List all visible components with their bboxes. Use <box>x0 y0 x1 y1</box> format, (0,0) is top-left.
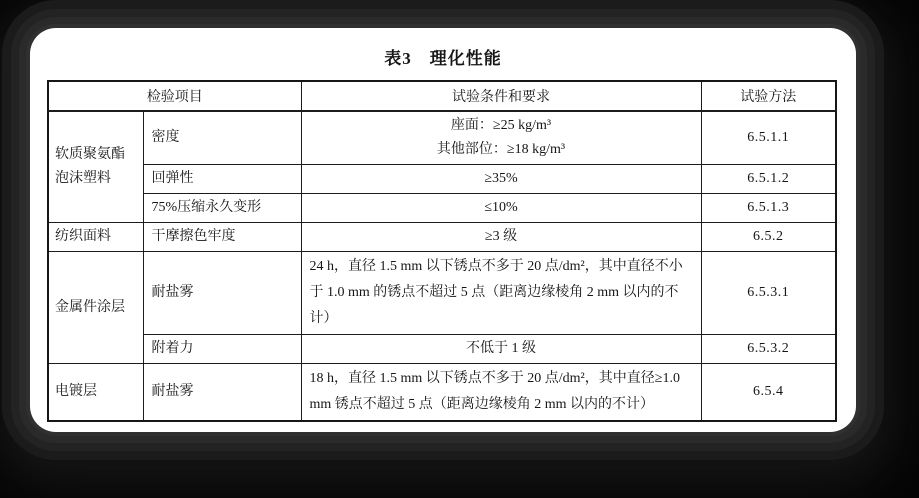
spec-table: 检验项目 试验条件和要求 试验方法 软质聚氨酯泡沫塑料密度座面：≥25 kg/m… <box>47 80 837 422</box>
document-panel: 表3 理化性能 检验项目 试验条件和要求 试验方法 软质聚氨酯泡沫塑料密度座面：… <box>30 28 856 432</box>
requirement-cell: 座面：≥25 kg/m³其他部位：≥18 kg/m³ <box>301 111 701 165</box>
inspection-item-cell: 附着力 <box>143 335 301 364</box>
table-row: 附着力不低于 1 级6.5.3.2 <box>48 335 836 364</box>
material-cell: 软质聚氨酯泡沫塑料 <box>48 111 143 223</box>
table-title: 表3 理化性能 <box>30 44 856 69</box>
requirement-line: 座面：≥25 kg/m³ <box>310 114 693 138</box>
header-test-method: 试验方法 <box>701 81 836 111</box>
requirement-cell: 不低于 1 级 <box>301 335 701 364</box>
table-row: 电镀层耐盐雾18 h，直径 1.5 mm 以下锈点不多于 20 点/dm²，其中… <box>48 364 836 422</box>
requirement-line: ≥35% <box>310 167 693 191</box>
requirement-cell: 18 h，直径 1.5 mm 以下锈点不多于 20 点/dm²，其中直径≥1.0… <box>301 364 701 422</box>
requirement-line: 其他部位：≥18 kg/m³ <box>310 138 693 162</box>
inspection-item-cell: 75%压缩永久变形 <box>143 194 301 223</box>
material-cell: 纺织面料 <box>48 223 143 252</box>
inspection-item-cell: 密度 <box>143 111 301 165</box>
page-background: 表3 理化性能 检验项目 试验条件和要求 试验方法 软质聚氨酯泡沫塑料密度座面：… <box>0 0 919 498</box>
header-test-conditions: 试验条件和要求 <box>301 81 701 111</box>
inspection-item-cell: 干摩擦色牢度 <box>143 223 301 252</box>
header-row: 检验项目 试验条件和要求 试验方法 <box>48 81 836 111</box>
requirement-cell: 24 h，直径 1.5 mm 以下锈点不多于 20 点/dm²，其中直径不小于 … <box>301 252 701 335</box>
table-row: 回弹性≥35%6.5.1.2 <box>48 165 836 194</box>
test-method-cell: 6.5.1.2 <box>701 165 836 194</box>
test-method-cell: 6.5.1.3 <box>701 194 836 223</box>
test-method-cell: 6.5.1.1 <box>701 111 836 165</box>
requirement-line: ≥3 级 <box>310 225 693 249</box>
material-cell: 金属件涂层 <box>48 252 143 364</box>
table-row: 金属件涂层耐盐雾24 h，直径 1.5 mm 以下锈点不多于 20 点/dm²，… <box>48 252 836 335</box>
test-method-cell: 6.5.3.2 <box>701 335 836 364</box>
test-method-cell: 6.5.4 <box>701 364 836 422</box>
table-row: 软质聚氨酯泡沫塑料密度座面：≥25 kg/m³其他部位：≥18 kg/m³6.5… <box>48 111 836 165</box>
test-method-cell: 6.5.2 <box>701 223 836 252</box>
inspection-item-cell: 耐盐雾 <box>143 364 301 422</box>
requirement-line: 24 h，直径 1.5 mm 以下锈点不多于 20 点/dm²，其中直径不小于 … <box>310 254 693 332</box>
header-inspection-item: 检验项目 <box>48 81 301 111</box>
inspection-item-cell: 回弹性 <box>143 165 301 194</box>
material-cell: 电镀层 <box>48 364 143 422</box>
requirement-line: 不低于 1 级 <box>310 337 693 361</box>
table-row: 纺织面料干摩擦色牢度≥3 级6.5.2 <box>48 223 836 252</box>
test-method-cell: 6.5.3.1 <box>701 252 836 335</box>
requirement-line: ≤10% <box>310 196 693 220</box>
requirement-line: 18 h，直径 1.5 mm 以下锈点不多于 20 点/dm²，其中直径≥1.0… <box>310 366 693 418</box>
inspection-item-cell: 耐盐雾 <box>143 252 301 335</box>
table-row: 75%压缩永久变形≤10%6.5.1.3 <box>48 194 836 223</box>
requirement-cell: ≥35% <box>301 165 701 194</box>
requirement-cell: ≤10% <box>301 194 701 223</box>
requirement-cell: ≥3 级 <box>301 223 701 252</box>
